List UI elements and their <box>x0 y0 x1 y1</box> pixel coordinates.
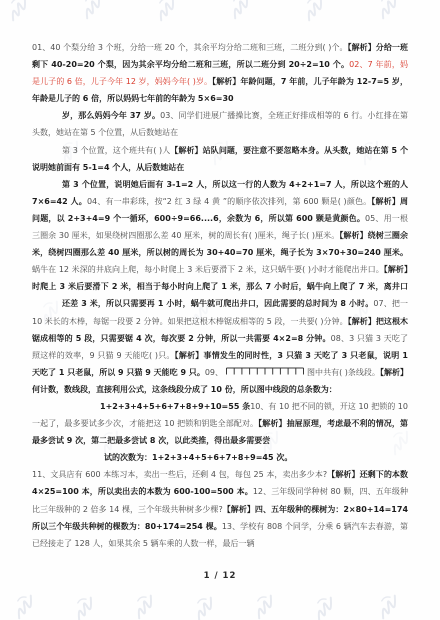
watermark-mark <box>71 593 100 620</box>
watermark-mark <box>153 0 182 25</box>
text-line: 米，绕树四圈那么差 40 厘米，所以树的周长为 30+40=70 厘米，绳子长为… <box>32 244 408 261</box>
text-line: 岁，那么妈妈今年 37 岁。03、同学们进展广播操比赛，全班正好排成相等的 6 … <box>32 107 408 124</box>
text-line: 头数，她站在第 5 个位置，从后数她站在 <box>32 124 408 141</box>
solution-text: 1+2+3+4+5+6+7+8+9+10=55 条 <box>100 402 250 411</box>
text-line: 剩下 40-20=20 个梨，因为其余平均分给二班和三班，所以二班分到 20÷2… <box>32 56 408 73</box>
solution-text: 4×25=100 本，所以卖出去的本数为 600-100=500 本。 <box>32 487 253 496</box>
watermark-mark <box>11 591 40 620</box>
text-line: 01、40 个梨分给 3 个班，分给一班 20 个，其余平均分给二班和三班，二班… <box>32 39 408 56</box>
watermark-mark <box>191 593 220 620</box>
solution-text: 问题，以 2+3+4=9 个一循环，600÷9=66....6，余数为 6，所以… <box>32 214 365 223</box>
page-number: 1 / 12 <box>0 571 440 581</box>
solution-text: 7×6=42 人。 <box>32 197 87 206</box>
document-body: 01、40 个梨分给 3 个班，分给一班 20 个，其余平均分给二班和三班，二班… <box>32 39 408 552</box>
line-segment-figure <box>226 364 304 381</box>
solution-text: 所以三个年级共种树的棵数为：80+174=254 棵。 <box>32 522 222 531</box>
question-text: 比三年级种的 2 倍多 14 棵，三个年级共种树多少棵? <box>32 505 223 514</box>
question-text: 09、 <box>205 368 223 377</box>
watermark-mark <box>375 591 404 620</box>
text-line: 说明她前面有 5-1=4 个人，从后数她站在 <box>32 159 408 176</box>
question-text: 11、文具店有 600 本练习本，卖出一些后，还剩 4 包，每包 25 本，卖出… <box>32 470 327 479</box>
text-line: 10 米长的木棒，每锯一段要 2 分钟。如果把这根木棒锯成相等的 5 段，一共要… <box>32 313 408 330</box>
solution-text: 米，绕树四圈那么差 40 厘米，所以树的周长为 30+40=70 厘米，绳子长为… <box>32 248 408 257</box>
question-text: 照这样的效率，9 只猫 9 天能吃( )只。 <box>32 351 175 360</box>
text-line: 时爬上 3 米后要滑下 2 米，相当于每小时向上爬了 1 米，那么 7 小时后，… <box>32 278 408 295</box>
text-line: 天吃了 1 只老鼠，所以 9 只猫 9 天能吃 9 只。09、图中共有( )条线… <box>32 364 408 381</box>
solution-text: 年龄是儿子的 6 倍，所以妈妈七年前的年龄为 5×6=30 <box>32 94 234 103</box>
question-text: 01、40 个梨分给 3 个班，分给一班 20 个，其余平均分给二班和三班，二班… <box>32 43 348 52</box>
document-page: 01、40 个梨分给 3 个班，分给一班 20 个，其余平均分给二班和三班，二班… <box>0 0 440 620</box>
watermark-mark <box>375 0 404 23</box>
text-line: 试的次数为：1+2+3+4+5+6+7+8+9=45 次。 <box>32 449 408 466</box>
question-text: 图中共有( )条线段。 <box>307 368 380 377</box>
text-line: 是儿子的 6 倍，儿子今年 12 岁，妈妈今年( )岁。【解析】年龄问题，7 年… <box>32 73 408 90</box>
text-line: 何计数，数线段，直接利用公式，这条线段分成了 10 份，所以图中线段的总条数为： <box>32 381 408 398</box>
text-line: 最多尝试 9 次，第二把最多尝试 8 次，以此类推，得出最多需要尝 <box>32 432 408 449</box>
question-text: 一起了，最多要试多少次，才能把这 10 把锁和钥匙全部配对。 <box>32 419 258 428</box>
watermark-mark <box>311 593 340 620</box>
question-text: 三圈余 30 厘米，如果绕树四圈那么差 40 厘米，树的周长有( )厘米，绳子长… <box>32 231 339 240</box>
watermark-mark <box>227 0 256 23</box>
text-line: 1+2+3+4+5+6+7+8+9+10=55 条10、有 10 把不同的锁，开… <box>32 398 408 415</box>
text-line: 已经接走了 128 人，如果其余 5 辆车乘的人数一样，最后一辆 <box>32 535 408 552</box>
solution-text: 岁，那么妈妈今年 37 岁。 <box>62 111 160 120</box>
text-line: 11、文具店有 600 本练习本，卖出一些后，还剩 4 包，每包 25 本，卖出… <box>32 466 408 483</box>
text-line: 一起了，最多要试多少次，才能把这 10 把锁和钥匙全部配对。【解析】抽屉原理，考… <box>32 415 408 432</box>
text-line: 比三年级种的 2 倍多 14 棵，三个年级共种树多少棵?【解析】四、五年级种的棵… <box>32 501 408 518</box>
text-line: 三圈余 30 厘米，如果绕树四圈那么差 40 厘米，树的周长有( )厘米，绳子长… <box>32 227 408 244</box>
text-line: 照这样的效率，9 只猫 9 天能吃( )只。【解析】事情发生的同时性，3 只猫 … <box>32 347 408 364</box>
watermark-mark <box>79 0 108 23</box>
text-line: 问题，以 2+3+4=9 个一循环，600÷9=66....6，余数为 6，所以… <box>32 210 408 227</box>
solution-text: 剩下 40-20=20 个梨，因为其余平均分给二班和三班，所以二班分到 20÷2… <box>32 60 349 69</box>
text-line: 7×6=42 人。04、有一串彩珠，按“2 红 3 绿 4 黄 ”的顺序依次排列… <box>32 193 408 210</box>
solution-text: 第 3 个位置，说明她后面有 3-1=2 人，所以这一行的人数为 4+2+1=7… <box>62 180 408 193</box>
question-text: 第 3 个位置，这个班共有( )人 <box>62 146 170 155</box>
question-text: 头数，她站在第 5 个位置，从后数她站在 <box>32 128 178 137</box>
solution-text: 最多尝试 9 次，第二把最多尝试 8 次，以此类推，得出最多需要尝 <box>32 436 270 445</box>
text-line: 所以三个年级共种树的棵数为：80+174=254 棵。13、学校有 808 个同… <box>32 518 408 535</box>
watermark-mark <box>5 0 34 25</box>
solution-text: 时爬上 3 米后要滑下 2 米，相当于每小时向上爬了 1 米，那么 7 小时后，… <box>32 282 408 291</box>
question-text: 蜗牛在 12 米深的井底向上爬，每小时爬上 3 米后要滑下 2 米，这只蜗牛要(… <box>32 265 384 274</box>
highlighted-question-text: 是儿子的 6 倍，儿子今年 12 岁，妈妈今年( )岁。 <box>32 77 212 86</box>
text-line: 4×25=100 本，所以卖出去的本数为 600-100=500 本。12、三年… <box>32 483 408 500</box>
solution-text: 何计数，数线段，直接利用公式，这条线段分成了 10 份，所以图中线段的总条数为： <box>32 385 337 394</box>
watermark-mark <box>251 591 280 620</box>
text-line: 还差 3 米，所以只需要再 1 小时，蜗牛就可爬出井口，因此需要的总时间为 8 … <box>32 295 408 312</box>
solution-text: 天吃了 1 只老鼠，所以 9 只猫 9 天能吃 9 只。 <box>32 368 205 377</box>
question-text: 已经接走了 128 人，如果其余 5 辆车乘的人数一样，最后一辆 <box>32 539 255 548</box>
solution-text: 还差 3 米，所以只需要再 1 小时，蜗牛就可爬出井口，因此需要的总时间为 8 … <box>62 299 373 308</box>
watermark-mark <box>131 591 160 620</box>
solution-text: 锯成相等的 5 段，只需要锯 4 次，每次要 2 分钟，所以一共需要 4×2=8… <box>32 334 331 343</box>
text-line: 第 3 个位置，说明她后面有 3-1=2 人，所以这一行的人数为 4+2+1=7… <box>32 176 408 193</box>
watermark-mark <box>301 0 330 25</box>
text-line: 锯成相等的 5 段，只需要锯 4 次，每次要 2 分钟，所以一共需要 4×2=8… <box>32 330 408 347</box>
solution-text: 说明她前面有 5-1=4 个人，从后数她站在 <box>32 163 184 172</box>
solution-text: 试的次数为：1+2+3+4+5+6+7+8+9=45 次。 <box>104 453 292 462</box>
question-text: 04、有一串彩珠，按“2 红 3 绿 4 黄 ”的顺序依次排列，第 600 颗是… <box>87 197 371 206</box>
question-text: 10 米长的木棒，每锯一段要 2 分钟。如果把这根木棒锯成相等的 5 段，一共要… <box>32 317 348 326</box>
text-line: 年龄是儿子的 6 倍，所以妈妈七年前的年龄为 5×6=30 <box>32 90 408 107</box>
text-line: 蜗牛在 12 米深的井底向上爬，每小时爬上 3 米后要滑下 2 米，这只蜗牛要(… <box>32 261 408 278</box>
text-line: 第 3 个位置，这个班共有( )人【解析】站队问题，要注意不要忽略本身。从头数，… <box>32 142 408 159</box>
